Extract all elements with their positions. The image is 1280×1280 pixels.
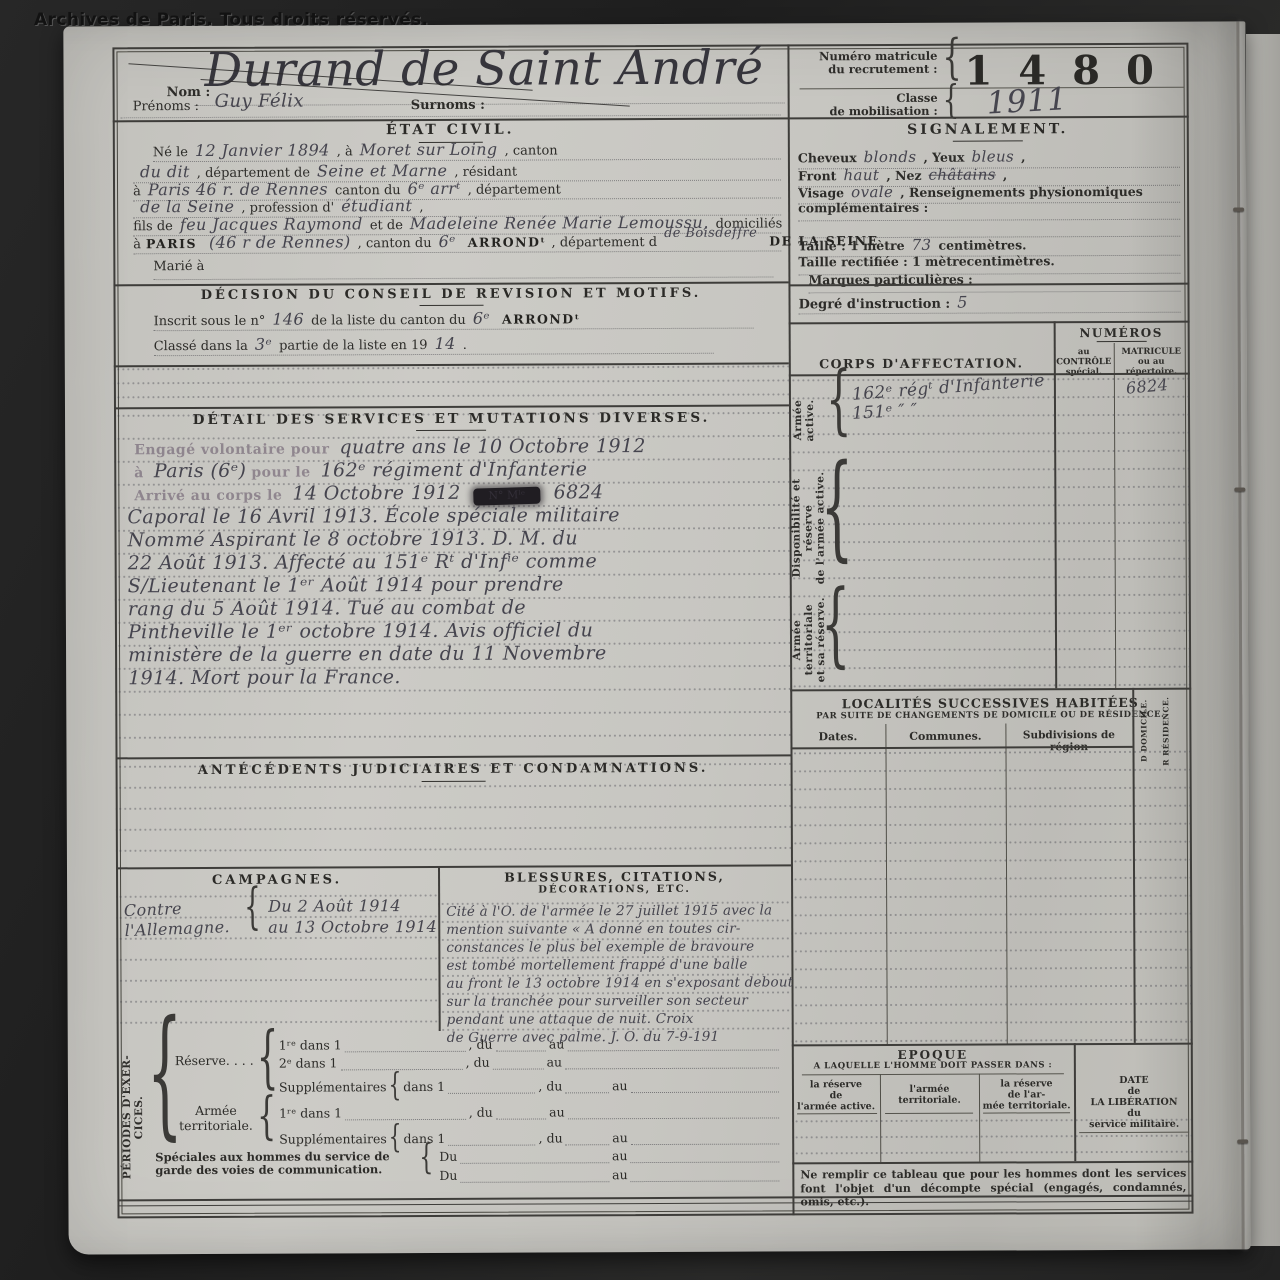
handwritten-text: 6ᵉ — [473, 309, 490, 328]
blessures-title: BLESSURES, CITATIONS, — [438, 868, 791, 885]
au-label: au — [612, 1130, 628, 1145]
services-line: 22 Août 1913. Affecté au 151ᵉ Rᵗ d'Infⁱᵉ… — [123, 549, 783, 575]
printed-label: , à — [337, 144, 353, 159]
printed-label: , — [1003, 167, 1007, 182]
brace-glyph: { — [257, 1024, 279, 1092]
record-sheet-paper: Nom : Durand de Saint André Prénoms : Gu… — [63, 21, 1250, 1254]
brace-glyph: { — [147, 1005, 183, 1145]
printed-label: , Renseignements physionomiques — [900, 184, 1143, 200]
title-rule — [1097, 341, 1147, 342]
handwritten-text: bleus — [971, 147, 1014, 165]
services-line: Engagé volontaire pourquatre ans le 10 O… — [134, 434, 779, 460]
surnoms-label: Surnoms : — [411, 98, 485, 113]
stamp-text: PARIS — [146, 236, 197, 251]
etat-civil-line: Né le12 Janvier 1894, àMoret sur Loing, … — [153, 138, 781, 162]
reserve-label: Réserve. . . . — [175, 1053, 254, 1068]
handwritten-text: étudiant — [341, 196, 412, 215]
printed-label: Cheveux — [798, 150, 857, 165]
handwritten-text: ovale — [851, 183, 893, 201]
brace-glyph: { — [943, 81, 960, 120]
handwritten-text: 3ᵉ — [255, 335, 272, 354]
handwritten-text: ministère de la guerre en date du 11 Nov… — [128, 642, 607, 666]
periode-row: 1ʳᵉ dans 1 , du au — [279, 1035, 782, 1052]
printed-label: , — [1021, 149, 1025, 164]
handwritten-text: 6824 — [554, 481, 604, 503]
decision-line: Classé dans la3ᵉpartie de la liste en 19… — [154, 333, 714, 356]
campagnes-party-handwritten: Contre l'Allemagne. — [123, 897, 230, 941]
services-line: rang du 5 Août 1914. Tué au combat de — [123, 595, 783, 621]
handwritten-text: Seine et Marne — [317, 161, 447, 181]
dotted-fill — [460, 1178, 609, 1183]
blessures-line: Cité à l'O. de l'armée le 27 juillet 191… — [446, 902, 772, 919]
degre-line: Degré d'instruction : 5 — [798, 292, 1180, 315]
dotted-fill — [493, 1065, 544, 1069]
printed-label: Visage — [798, 185, 844, 200]
periode-row-label: 1ʳᵉ dans 1 — [279, 1037, 342, 1052]
au-label: au — [612, 1167, 628, 1182]
dotted-fill — [345, 1048, 466, 1053]
reserve-armee-active-header: la réserve de l'armée active. — [794, 1079, 878, 1112]
du-label: , du — [538, 1078, 562, 1093]
periode-row-label: Supplémentaires — [279, 1131, 387, 1146]
services-line: S/Lieutenant le 1ᵉʳ Août 1914 pour prend… — [123, 572, 783, 598]
printed-label: , canton — [505, 143, 558, 158]
localites-ruled-zone — [790, 746, 1191, 1045]
handwritten-text: 14 Octobre 1912 — [292, 482, 460, 505]
blessures-subtitle: DÉCORATIONS, ETC. — [438, 883, 791, 896]
handwritten-text: du dit — [140, 162, 190, 181]
blessures-line: mention suivante « A donné en toutes cir… — [446, 921, 740, 938]
periode-row: Du au — [439, 1147, 782, 1163]
dates-column-header: Dates. — [790, 730, 885, 743]
armee-territoriale-label: Armée territoriale. — [179, 1103, 253, 1133]
epoque-ruled-zone — [792, 1115, 1192, 1163]
dotted-fill — [345, 1116, 466, 1121]
handwritten-text: quatre ans le 10 Octobre 1912 — [339, 435, 646, 458]
matricule-number-label: Numéro matricule du recrutement : — [799, 50, 937, 77]
printed-label: Front — [798, 168, 837, 183]
corps-entry-handwritten: 151ᵉ ″ ″ — [852, 400, 919, 424]
handwritten-text: 1914. Mort pour la France. — [128, 666, 401, 689]
periode-row: Supplémentaires { dans 1 , du au — [279, 1124, 782, 1146]
campagnes-date-from: Du 2 Août 1914 — [268, 896, 401, 916]
epoque-subtitle: A LAQUELLE L'HOMME DOIT PASSER DANS : — [792, 1060, 1074, 1071]
services-line: Arrivé au corps le14 Octobre 1912N° Mˡᵉ6… — [134, 480, 779, 506]
printed-label: , Nez — [886, 168, 921, 183]
printed-label: complémentaires : — [798, 200, 928, 216]
printed-label: . — [463, 338, 467, 353]
dotted-fill — [566, 1141, 610, 1145]
antecedents-title: ANTÉCÉDENTS JUDICIAIRES ET CONDAMNATIONS… — [116, 760, 791, 778]
periode-row: 1ʳᵉ dans 1 , du au — [279, 1103, 782, 1120]
dotted-fill — [631, 1177, 780, 1182]
du-label: Du — [439, 1168, 457, 1183]
dotted-fill — [631, 1088, 779, 1093]
stamp-text: à — [134, 465, 144, 481]
periode-row-label: 2ᵉ dans 1 — [279, 1055, 338, 1070]
dotted-fill — [340, 1066, 462, 1071]
signalement-title: SIGNALEMENT. — [788, 121, 1188, 139]
blessures-line: pendant une attaque de nuit. Croix — [447, 1011, 694, 1028]
brace-glyph: { — [826, 362, 852, 438]
printed-label: Taille : 1 mètre — [798, 238, 904, 253]
printed-label: centimètres. — [967, 253, 1055, 268]
services-line: Caporal le 16 Avril 1913. École spéciale… — [122, 503, 782, 529]
brace-glyph: { — [244, 883, 261, 932]
printed-label: , Yeux — [923, 150, 964, 165]
dotted-fill — [631, 1140, 779, 1145]
au-label: au — [612, 1078, 628, 1093]
blank-ruled-zone — [114, 362, 789, 407]
handwritten-text: S/Lieutenant le 1ᵉʳ Août 1914 pour prend… — [128, 573, 564, 597]
staple-icon — [1234, 487, 1245, 491]
reserve-territoriale-header: la réserve de l'ar- mée territoriale. — [981, 1078, 1072, 1111]
printed-label: , résidant — [454, 165, 517, 180]
printed-label: Taille rectifiée : 1 mètre — [798, 254, 966, 270]
periode-row-label: Supplémentaires — [279, 1079, 387, 1094]
stamp-text: ARRONDᵗ — [468, 234, 547, 249]
handwritten-text: 12 Janvier 1894 — [195, 140, 330, 160]
degre-label: Degré d'instruction : — [799, 297, 951, 313]
epoque-footer-note: Ne remplir ce tableau que pour les homme… — [800, 1167, 1186, 1209]
stamp-text: pour le — [251, 465, 310, 481]
periodes-vertical-label: PÉRIODES D'EXER- CICES. — [121, 1047, 146, 1187]
brace-glyph: { — [389, 1120, 402, 1152]
dotted-fill — [631, 1158, 780, 1163]
prenoms-label: Prénoms : — [133, 99, 199, 114]
campagnes-date-to: au 13 Octobre 1914 — [268, 917, 437, 937]
du-label: Du — [439, 1149, 457, 1164]
printed-label: Né le — [153, 145, 188, 160]
dotted-fill — [496, 1047, 546, 1051]
printed-label: Inscrit sous le n° — [154, 314, 266, 329]
classe-label: Classe de mobilisation : — [800, 92, 938, 119]
services-line: 1914. Mort pour la France. — [123, 664, 783, 690]
handwritten-text: châtains — [928, 166, 995, 184]
periode-row-label: 1ʳᵉ dans 1 — [279, 1105, 342, 1120]
handwritten-text: de la Seine — [140, 197, 234, 216]
marie-line: Marié à — [153, 256, 773, 280]
dotted-fill — [448, 1090, 535, 1094]
communes-column-header: Communes. — [885, 729, 1005, 743]
decision-line: Inscrit sous le n°146de la liste du cant… — [154, 308, 754, 332]
localites-subtitle: PAR SUITE DE CHANGEMENTS DE DOMICILE OU … — [790, 710, 1190, 722]
handwritten-text: 14 — [435, 334, 456, 353]
handwritten-text: rang du 5 Août 1914. Tué au combat de — [128, 597, 526, 621]
brace-glyph: { — [419, 1141, 433, 1176]
printed-label: fils de — [133, 219, 173, 234]
brace-glyph: { — [388, 1068, 401, 1100]
services-line: Nommé Aspirant le 8 octobre 1913. D. M. … — [123, 526, 783, 552]
blessures-line: sur la tranchée pour surveiller son sect… — [447, 993, 749, 1010]
handwritten-text: Nommé Aspirant le 8 octobre 1913. D. M. … — [128, 527, 578, 551]
au-label: au — [547, 1054, 563, 1069]
campagnes-title: CAMPAGNES. — [116, 872, 438, 888]
staple-icon — [1237, 1139, 1248, 1143]
blessures-line: au front le 13 octobre 1914 en s'exposan… — [446, 974, 793, 992]
services-line: Pintheville le 1ᵉʳ octobre 1914. Avis of… — [123, 618, 783, 644]
handwritten-text: haut — [843, 166, 879, 184]
armee-territoriale-header: l'armée territoriale. — [882, 1084, 977, 1106]
stamp-text: ARRONDᵗ — [502, 311, 581, 326]
printed-label: , canton du — [358, 236, 432, 251]
printed-label: Classé dans la — [154, 339, 248, 354]
stamp-text: Arrivé au corps le — [134, 488, 282, 505]
du-label: , du — [466, 1055, 490, 1070]
handwritten-text: 162ᵉ régiment d'Infanterie — [321, 458, 588, 481]
brace-glyph: { — [821, 577, 851, 669]
brace-glyph: { — [257, 1092, 276, 1143]
au-label: au — [549, 1104, 565, 1119]
degre-value-handwritten: 5 — [957, 293, 968, 312]
printed-label: à — [133, 237, 141, 252]
dotted-fill — [565, 1089, 609, 1093]
handwritten-text: Paris (6ᵉ) — [154, 460, 247, 482]
du-label: , du — [468, 1037, 492, 1052]
archive-watermark: Archives de Paris. Tous droits réservés. — [34, 10, 429, 30]
handwritten-text: Moret sur Loing — [360, 140, 498, 160]
dotted-fill — [496, 1115, 546, 1119]
handwritten-text: 73 — [912, 236, 932, 254]
periode-row: Supplémentaires { dans 1 , du au — [279, 1072, 782, 1094]
speciales-label: Spéciales aux hommes du service de garde… — [155, 1150, 390, 1177]
adjacent-page-edge — [1246, 34, 1280, 1246]
etat-civil-line: àPARIS(46 r de Rennes), canton du6ᵉARRON… — [133, 230, 781, 254]
localites-title: LOCALITÉS SUCCESSIVES HABITÉES — [790, 695, 1190, 712]
handwritten-text: feu Jacques Raymond — [180, 214, 363, 234]
du-label: , du — [539, 1130, 563, 1145]
periode-row: Du au — [439, 1166, 782, 1182]
decision-title: DÉCISION DU CONSEIL DE REVISION ET MOTIF… — [113, 285, 788, 303]
handwritten-text: 22 Août 1913. Affecté au 151ᵉ Rᵗ d'Infⁱᵉ… — [128, 550, 598, 574]
dans1-label: dans 1 — [403, 1079, 445, 1094]
au-label: au — [549, 1036, 565, 1051]
matricule-form: Nom : Durand de Saint André Prénoms : Gu… — [112, 43, 1193, 1219]
staple-icon — [1233, 207, 1244, 211]
etat-civil-title: ÉTAT CIVIL. — [113, 120, 788, 139]
blessures-line: constances le plus bel exemple de bravou… — [446, 939, 754, 956]
name-handwritten: Durand de Saint André — [204, 40, 789, 98]
printed-label: de la liste du canton du — [311, 313, 466, 329]
stamp-text: Engagé volontaire pour — [134, 441, 329, 458]
handwritten-text: 146 — [272, 310, 304, 329]
services-line: àParis (6ᵉ)pour le162ᵉ régiment d'Infant… — [134, 457, 779, 483]
printed-label: , département d — [552, 235, 658, 250]
printed-label: Marié à — [153, 259, 204, 274]
handwritten-text: Pintheville le 1ᵉʳ octobre 1914. Avis of… — [128, 619, 593, 643]
dotted-fill — [460, 1159, 609, 1164]
handwritten-text: 6ᵉ — [439, 232, 456, 251]
dotted-fill — [448, 1142, 535, 1146]
handwritten-text: de Boisdeffre — [664, 226, 757, 241]
services-line: ministère de la guerre en date du 11 Nov… — [123, 641, 783, 667]
handwritten-text: (46 r de Rennes) — [209, 232, 351, 252]
scanned-document-page: Archives de Paris. Tous droits réservés.… — [0, 0, 1280, 1280]
services-title: DÉTAIL DES SERVICES ET MUTATIONS DIVERSE… — [114, 409, 789, 428]
armee-active-vertical-label: Armée active. — [792, 384, 816, 456]
printed-label: et de — [370, 218, 403, 233]
blessures-line: est tombé mortellement frappé d'une ball… — [446, 957, 747, 974]
printed-label: partie de la liste en 19 — [279, 338, 428, 354]
ink-blot: N° Mˡᵉ — [474, 487, 541, 506]
numeros-header: NUMÉROS — [1054, 326, 1189, 341]
printed-label: centimètres. — [938, 237, 1026, 252]
handwritten-text: blonds — [864, 148, 917, 166]
au-label: au — [612, 1148, 628, 1163]
handwritten-text: Caporal le 16 Avril 1913. École spéciale… — [127, 504, 620, 528]
printed-label: , — [419, 200, 423, 215]
prenoms-handwritten: Guy Félix — [215, 91, 304, 112]
brace-glyph: { — [820, 451, 854, 566]
periode-row: 2ᵉ dans 1 , du au — [279, 1053, 782, 1070]
brace-glyph: { — [942, 35, 961, 83]
du-label: , du — [469, 1105, 493, 1120]
matricule-entry-handwritten: 6824 — [1125, 375, 1169, 398]
